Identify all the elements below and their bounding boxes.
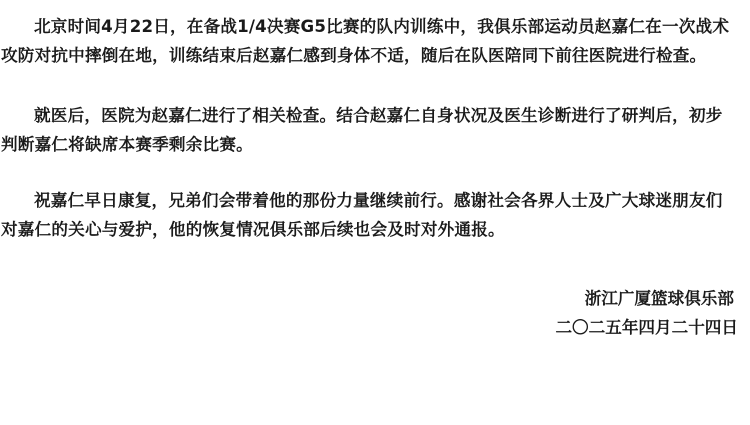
signature-organization: 浙江广厦篮球俱乐部 [534,284,734,313]
paragraph-diagnosis: 就医后，医院为赵嘉仁进行了相关检查。结合赵嘉仁自身状况及医生诊断进行了研判后，初… [1,101,741,159]
signature-date: 二〇二五年四月二十四日 [538,313,738,342]
paragraph-wishes: 祝嘉仁早日康复，兄弟们会带着他的那份力量继续前行。感谢社会各界人士及广大球迷朋友… [1,186,741,244]
paragraph-injury-report: 北京时间4月22日，在备战1/4决赛G5比赛的队内训练中，我俱乐部运动员赵嘉仁在… [1,12,741,70]
announcement-document: 北京时间4月22日，在备战1/4决赛G5比赛的队内训练中，我俱乐部运动员赵嘉仁在… [0,0,750,425]
paragraph-line: 对嘉仁的关心与爱护，他的恢复情况俱乐部后续也会及时对外通报。 [1,215,741,244]
paragraph-line: 判断嘉仁将缺席本赛季剩余比赛。 [1,130,741,159]
paragraph-line: 就医后，医院为赵嘉仁进行了相关检查。结合赵嘉仁自身状况及医生诊断进行了研判后，初… [1,101,741,130]
paragraph-line: 北京时间4月22日，在备战1/4决赛G5比赛的队内训练中，我俱乐部运动员赵嘉仁在… [1,12,741,41]
paragraph-line: 祝嘉仁早日康复，兄弟们会带着他的那份力量继续前行。感谢社会各界人士及广大球迷朋友… [1,186,741,215]
paragraph-line: 攻防对抗中摔倒在地，训练结束后赵嘉仁感到身体不适，随后在队医陪同下前往医院进行检… [1,41,741,70]
